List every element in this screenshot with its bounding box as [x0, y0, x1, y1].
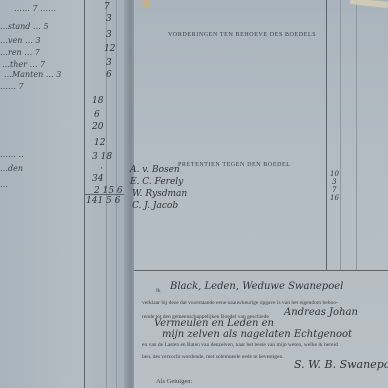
declaration-line: verklaar bij deze dat voorstaande eene n…	[142, 300, 338, 306]
amount: 34	[92, 174, 103, 184]
deceased-name: Andreas Johan	[284, 307, 358, 318]
tape-mark	[142, 0, 150, 8]
column-rule	[340, 0, 341, 270]
amount: 3	[106, 58, 112, 68]
creditor-name: A. v. Bosen	[130, 165, 180, 175]
declarant-name: Black, Leden, Weduwe Swanepoel	[170, 281, 343, 292]
total-amount: 141 5 6	[86, 196, 120, 206]
amount: 6	[94, 110, 100, 120]
amount: 18	[92, 96, 103, 106]
left-entry: …ren … 7	[0, 48, 40, 57]
deceased-name-cont: mijn zelven als nagelaten Echtgenoot	[162, 329, 352, 340]
section-rule	[134, 270, 388, 271]
total-rule	[84, 194, 128, 195]
creditor-amount: 7	[332, 186, 336, 194]
creditor-name: W. Rysdman	[132, 189, 187, 199]
left-entry: …ther … 7	[2, 60, 45, 69]
left-entry: …Manten … 3	[4, 70, 61, 79]
amount: 3	[106, 30, 112, 40]
left-entry: …… 7 ……	[14, 4, 56, 13]
heading-claims-for-estate: VORDERINGEN TEN BEHOEVE DES BOEDELS	[168, 32, 316, 38]
declaration-line: ben, des verzocht wordende, met solemnee…	[142, 354, 284, 360]
creditor-name: C. J. Jacob	[132, 201, 178, 211]
amount: 12	[104, 44, 115, 54]
deceased-name-cont: Vermeulen en Leden en	[154, 318, 274, 329]
column-rule	[326, 0, 327, 270]
signature: S. W. B. Swanepoel	[294, 358, 388, 371]
creditor-amount: 3	[332, 178, 336, 186]
amount: 20	[92, 122, 103, 132]
left-entry: …… 7	[0, 82, 24, 91]
left-side-entry: …	[0, 180, 8, 189]
left-page: …… 7 …… …stand … 5 …ven … 3 …ren … 7 …th…	[0, 0, 130, 388]
amount: ·	[100, 164, 103, 174]
creditor-amount: 10	[330, 170, 339, 178]
amount: 3	[106, 14, 112, 24]
heading-claims-against-estate: PRETENTIEN TEGEN DEN BOEDEL	[178, 162, 291, 168]
right-page: VORDERINGEN TEN BEHOEVE DES BOEDELS PRET…	[134, 0, 388, 388]
left-side-entry: …… ..	[0, 150, 24, 159]
creditor-amount: 16	[330, 194, 339, 202]
declaration-line: en van de Lasten en Baten van denzelven,…	[142, 342, 338, 348]
column-rule	[356, 0, 357, 270]
amount: 3 18	[92, 152, 112, 162]
witness-label: Als Getuigen:	[156, 378, 192, 385]
amount: 6	[106, 70, 112, 80]
left-side-entry: …den	[0, 164, 23, 173]
amount: 7	[104, 2, 110, 12]
creditor-name: E. C. Ferely	[130, 177, 183, 187]
left-entry: …stand … 5	[0, 22, 49, 31]
left-entry: …ven … 3	[0, 36, 41, 45]
ik-label: Ik	[156, 288, 161, 294]
amount: 12	[94, 138, 105, 148]
